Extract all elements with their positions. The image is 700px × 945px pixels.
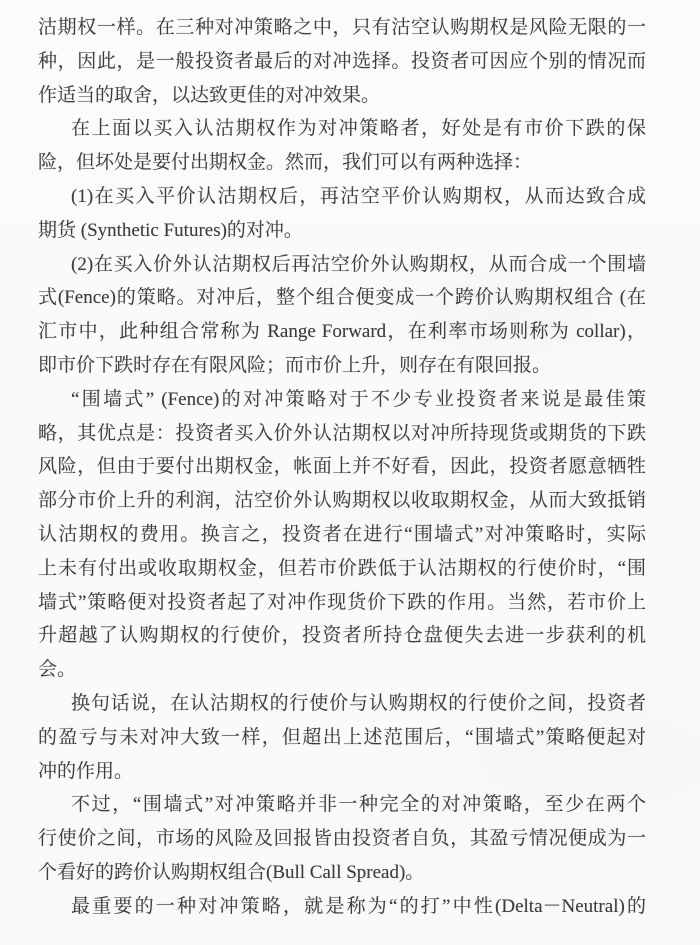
text-line: 行使价之间，市场的风险及回报皆由投资者自负，其盈亏情况便成为一 bbox=[38, 822, 646, 856]
text-line: 沽期权一样。在三种对冲策略之中，只有沽空认购期权是风险无限的一 bbox=[38, 11, 646, 45]
text-line: 在上面以买入认沽期权作为对冲策略者，好处是有市价下跌的保 bbox=[38, 112, 646, 146]
text-line: 墙式”策略便对投资者起了对冲作现货价下跌的作用。当然，若市价上 bbox=[38, 586, 646, 620]
text-line: 部分市价上升的利润，沽空价外认购期权以收取期权金，从而大致抵销 bbox=[38, 484, 646, 518]
text-line: (2)在买入价外认沽期权后再沽空价外认购期权，从而合成一个围墙 bbox=[38, 248, 646, 282]
text-line: 的盈亏与未对冲大致一样，但超出上述范围后，“围墙式”策略便起对 bbox=[38, 721, 646, 755]
text-line: 即市价下跌时存在有限风险；而市价上升，则存在有限回报。 bbox=[38, 349, 646, 383]
text-line: 不过，“围墙式”对冲策略并非一种完全的对冲策略，至少在两个 bbox=[38, 788, 646, 822]
text-line: 作适当的取舍，以达致更佳的对冲效果。 bbox=[38, 79, 646, 113]
text-line: 式(Fence)的策略。对冲后，整个组合便变成一个跨价认购期权组合 (在 bbox=[38, 281, 646, 315]
text-line: 险，但坏处是要付出期权金。然而，我们可以有两种选择： bbox=[38, 146, 646, 180]
text-line: 风险，但由于要付出期权金，帐面上并不好看，因此，投资者愿意牺牲 bbox=[38, 450, 646, 484]
text-line: 会。 bbox=[38, 653, 646, 687]
text-line: 最重要的一种对冲策略，就是称为“的打”中性(Delta－Neutral)的 bbox=[38, 890, 646, 924]
text-line: 上未有付出或收取期权金，但若市价跌低于认沽期权的行使价时，“围 bbox=[38, 552, 646, 586]
text-line: 换句话说，在认沽期权的行使价与认购期权的行使价之间，投资者 bbox=[38, 687, 646, 721]
text-line: 个看好的跨价认购期权组合(Bull Call Spread)。 bbox=[38, 856, 646, 890]
text-line: 升超越了认购期权的行使价，投资者所持仓盘便失去进一步获利的机 bbox=[38, 619, 646, 653]
document-page: 沽期权一样。在三种对冲策略之中，只有沽空认购期权是风险无限的一种，因此，是一般投… bbox=[0, 0, 700, 945]
text-line: 略，其优点是：投资者买入价外认沽期权以对冲所持现货或期货的下跌 bbox=[38, 417, 646, 451]
text-line: 期货 (Synthetic Futures)的对冲。 bbox=[38, 214, 646, 248]
page-text: 沽期权一样。在三种对冲策略之中，只有沽空认购期权是风险无限的一种，因此，是一般投… bbox=[38, 11, 646, 924]
text-line: 冲的作用。 bbox=[38, 755, 646, 789]
text-line: (1)在买入平价认沽期权后，再沽空平价认购期权，从而达致合成 bbox=[38, 180, 646, 214]
text-line: 汇市中，此种组合常称为 Range Forward，在利率市场则称为 colla… bbox=[38, 315, 646, 349]
text-line: 认沽期权的费用。换言之，投资者在进行“围墙式”对冲策略时，实际 bbox=[38, 518, 646, 552]
text-line: “围墙式” (Fence)的对冲策略对于不少专业投资者来说是最佳策 bbox=[38, 383, 646, 417]
text-line: 种，因此，是一般投资者最后的对冲选择。投资者可因应个别的情况而 bbox=[38, 45, 646, 79]
